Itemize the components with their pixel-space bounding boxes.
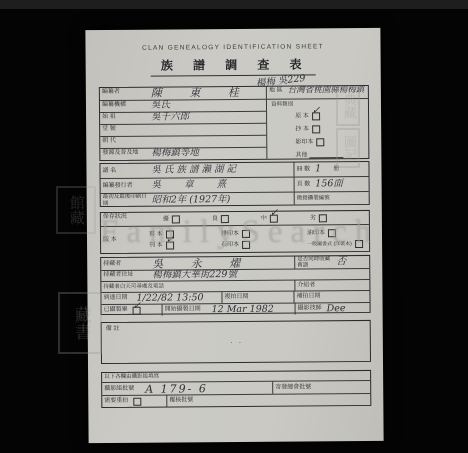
consent-label: 是否同時收藏舊譜 [295, 255, 333, 270]
pages-value: 156面 [312, 179, 343, 189]
publisher-label: 編纂發行者 [101, 181, 149, 190]
arrive-date-value: 1/22/82 13:50 [133, 293, 203, 303]
first-ancestor-label: 始 祖 [100, 113, 148, 124]
table-row: 譜 名 吳氏族譜瀨湖記 冊 數 1 册 [100, 162, 368, 178]
sheet-title-wrap: 族 譜 調 查 表 [86, 55, 381, 77]
sheet-english-title: CLAN GENEALOGY IDENTIFICATION SHEET [86, 43, 381, 52]
volumes-label: 冊 數 [294, 165, 312, 174]
start-date-value: 12 Mar 1982 [209, 304, 274, 314]
owner-address-label: 持藏者住址 [101, 271, 149, 281]
section-owner: 持藏者 吳 永 燿 是否同時收藏舊譜 否 持藏者住址 楊梅鎮大華街229號 持藏… [100, 255, 370, 315]
film-number-cell: 微捲攝製編號 [294, 192, 369, 206]
requal-label: 需要重拍 [102, 397, 130, 406]
archive-seal: 圖記 [336, 128, 360, 168]
archive-seal: 藏書 [58, 292, 102, 354]
arrive-date-label: 到達日期 [101, 294, 133, 303]
table-row: 發源及普及地 楊梅鎮等地 [100, 147, 266, 160]
remarks-label: 備 註 [104, 325, 122, 334]
print-date-cell: 最初及最後印刷日期 昭和2年 (1927年) [101, 193, 294, 208]
batch-value: A 179- 6 [142, 383, 208, 395]
start-date-cell: 開始攝製日期 12 Mar 1982 [162, 304, 295, 316]
seal-text: 藏書 [71, 306, 89, 340]
refilm-date-label: 複拍日期 [222, 293, 250, 302]
seal-text: 典藏 [341, 93, 355, 119]
material-option: 影印本 ✓ [295, 138, 324, 146]
requal-cell: 需要重拍 ✓ [102, 396, 166, 408]
checkmark-icon: ✓ [312, 106, 320, 116]
owner-address-value: 楊梅鎮大華街229號 [149, 270, 237, 281]
hq-batch-label: 寄發總會批號 [273, 383, 313, 392]
pages-label: 頁 數 [295, 180, 313, 189]
filmed-cell: 已攝製畢 ✓ [102, 305, 162, 316]
technician-value: Dee [324, 304, 346, 314]
checkbox: ✓ [316, 138, 324, 146]
start-date-label: 開始攝製日期 [163, 305, 209, 314]
checkbox: ✓ [133, 306, 141, 314]
batch-cell: 攝影組批號 A 179- 6 [102, 382, 272, 395]
material-copy-label: 抄 本 [295, 126, 309, 132]
dynasty-value [148, 137, 151, 148]
owner-value: 吳 永 燿 [149, 257, 252, 269]
owner-row: 持藏者 吳 永 燿 是否同時收藏舊譜 否 [101, 256, 369, 270]
scan-top-band [0, 0, 468, 9]
checkbox: ✓ [312, 112, 320, 120]
contact-row: 持藏者白天可尋處及電話 介紹者 [101, 279, 369, 292]
table-row: 編纂發行者 吳 章 熹 頁 數 156面 [101, 176, 369, 193]
volumes-value: 1 [312, 165, 321, 175]
introducer-cell: 介紹者 [294, 280, 369, 291]
familysearch-watermark: FamilySearch [100, 214, 379, 251]
identity-left-column: 編纂者 陳 東 桂 編纂機構 吳氏 始 祖 吳千六郎 堂 號 朝 代 [100, 87, 267, 160]
introducer-label: 介紹者 [295, 281, 317, 290]
filming-row: 已攝製畢 ✓ 開始攝製日期 12 Mar 1982 攝影技師 Dee [102, 302, 370, 316]
publisher-cell: 編纂發行者 吳 章 熹 [101, 178, 294, 194]
dynasty-label: 朝 代 [100, 137, 148, 148]
material-option: 原 本 ✓ [295, 112, 320, 120]
owner-label: 持藏者 [101, 259, 149, 268]
region-label: 地 區 [267, 87, 285, 99]
material-option: 抄 本 ✓ [295, 125, 320, 133]
refilm2-date-label: 補拍日期 [294, 292, 322, 301]
scanned-document-stage: CLAN GENEALOGY IDENTIFICATION SHEET 族 譜 … [0, 0, 468, 453]
section-book-info: 譜 名 吳氏族譜瀨湖記 冊 數 1 册 編纂發行者 吳 章 熹 頁 數 156面 [99, 161, 369, 207]
print-date-value: 昭和2年 (1927年) [149, 195, 231, 205]
batch-row: 攝影組批號 A 179- 6 寄發總會批號 [102, 380, 370, 395]
hq-batch-cell: 寄發總會批號 [272, 381, 370, 394]
print-date-label: 最初及最後印刷日期 [101, 193, 149, 208]
material-other-label: 其他 [295, 152, 307, 158]
origin-value: 楊梅鎮等地 [148, 148, 199, 159]
seal-text: 館藏 [68, 195, 84, 225]
origin-label: 發源及普及地 [100, 149, 148, 160]
section-remarks: 備 註 · · [101, 320, 371, 364]
technician-label: 攝影技師 [296, 304, 324, 313]
office-header-label: 以下各欄由攝影組填寫 [102, 373, 161, 382]
batch-label: 攝影組批號 [102, 384, 142, 393]
first-ancestor-value: 吳千六郎 [148, 112, 189, 123]
owner-contact-label: 持藏者白天可尋處及電話 [101, 282, 166, 291]
org-label: 編纂機構 [100, 101, 148, 112]
remarks-mark: · · [230, 340, 243, 347]
consent-value: 否 [333, 257, 346, 267]
org-value: 吳氏 [148, 101, 170, 112]
material-photocopy-label: 影印本 [295, 139, 313, 145]
publisher-value: 吳 章 熹 [149, 180, 237, 190]
checkmark-icon: ✓ [133, 300, 141, 311]
checkbox: ✓ [133, 397, 141, 405]
title-cell: 譜 名 吳氏族譜瀨湖記 [100, 163, 293, 179]
recheck-label: 覆核批號 [167, 396, 195, 405]
compiler-value: 陳 東 桂 [148, 87, 251, 100]
refilm2-date-cell: 補拍日期 [293, 291, 369, 303]
book-title-label: 譜 名 [100, 166, 148, 175]
checkbox: ✓ [312, 125, 320, 133]
section-identity: 編纂者 陳 東 桂 編纂機構 吳氏 始 祖 吳千六郎 堂 號 朝 代 [99, 85, 370, 161]
dates-row: 到達日期 1/22/82 13:50 複拍日期 補拍日期 [101, 290, 369, 304]
filmed-label: 已攝製畢 [102, 306, 130, 315]
technician-cell: 攝影技師 Dee [295, 303, 370, 315]
hall-name-label: 堂 號 [100, 125, 148, 136]
film-number-label: 微捲攝製編號 [295, 195, 339, 204]
archive-seal: 典藏 [336, 86, 360, 126]
pages-cell: 頁 數 156面 [294, 177, 369, 192]
material-original-label: 原 本 [295, 113, 309, 119]
contact-cell: 持藏者白天可尋處及電話 [101, 281, 294, 293]
compiler-label: 編纂者 [100, 88, 148, 100]
hall-name-value [148, 125, 151, 136]
table-row: 最初及最後印刷日期 昭和2年 (1927年) 微捲攝製編號 [101, 191, 369, 207]
recheck-cell: 覆核批號 [166, 394, 370, 407]
book-title-value: 吳氏族譜瀨湖記 [148, 165, 239, 175]
section-filming-office: 以下各欄由攝影組填寫 攝影組批號 A 179- 6 寄發總會批號 需要重拍 ✓ [101, 370, 371, 408]
consent-cell: 是否同時收藏舊譜 否 [294, 256, 369, 269]
seal-text: 圖記 [341, 135, 355, 161]
archive-seal: 館藏 [56, 186, 96, 234]
refilm-date-cell: 複拍日期 [221, 292, 293, 304]
requal-row: 需要重拍 ✓ 覆核批號 [102, 393, 370, 407]
arrive-date-cell: 到達日期 1/22/82 13:50 [101, 292, 221, 304]
owner-cell: 持藏者 吳 永 燿 [101, 257, 294, 271]
